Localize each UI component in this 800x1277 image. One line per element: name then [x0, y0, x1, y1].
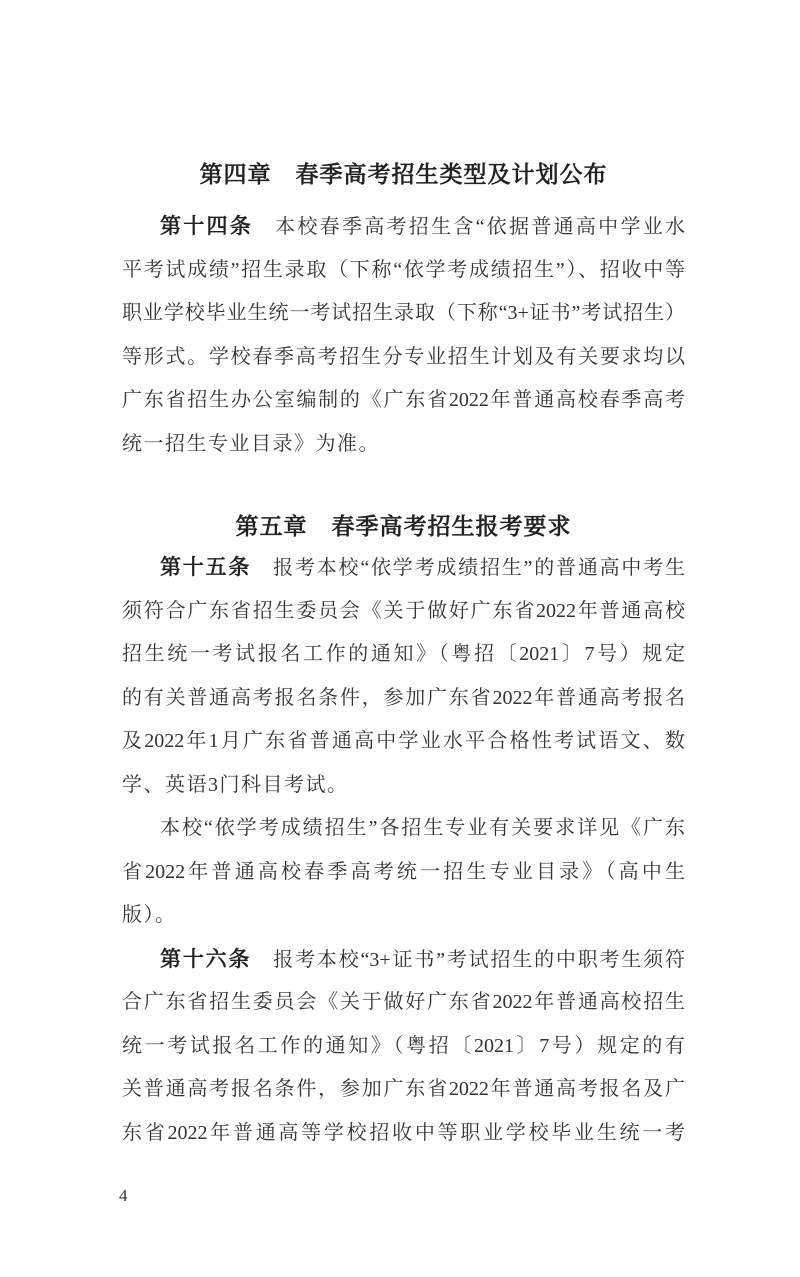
article-15-paragraph: 第十五条报考本校“依学考成绩招生”的普通高中考生 须符合广东省招生委员会《关于做…	[122, 546, 685, 807]
text-line: 统一考试报名工作的通知》（粤招〔2021〕7号）规定的有	[122, 1025, 685, 1069]
article-15-label: 第十五条	[160, 556, 251, 579]
text-run: 本校春季高考招生含“依据普通高中学业水	[275, 216, 685, 238]
page-content: 第四章 春季高考招生类型及计划公布 第十四条本校春季高考招生含“依据普通高中学业…	[122, 0, 685, 1155]
text-line: 关普通高考报名条件，参加广东省2022年普通高考报名及广	[122, 1068, 685, 1112]
text-line: 平考试成绩”招生录取（下称“依学考成绩招生”）、招收中等	[122, 249, 685, 293]
article-16-label: 第十六条	[160, 948, 251, 971]
text-line: 职业学校毕业生统一考试招生录取（下称“3+证书”考试招生）	[122, 292, 685, 336]
text-line: 统一招生专业目录》为准。	[122, 423, 685, 467]
text-line: 招生统一考试报名工作的通知》（粤招〔2021〕7号）规定	[122, 633, 685, 677]
text-line: 须符合广东省招生委员会《关于做好广东省2022年普通高校	[122, 590, 685, 634]
article-15-note-paragraph: 本校“依学考成绩招生”各招生专业有关要求详见《广东 省2022年普通高校春季高考…	[122, 807, 685, 938]
text-line: 第十四条本校春季高考招生含“依据普通高中学业水	[122, 205, 685, 249]
text-line: 广东省招生办公室编制的《广东省2022年普通高校春季高考	[122, 379, 685, 423]
article-14-label: 第十四条	[160, 215, 253, 238]
article-14-paragraph: 第十四条本校春季高考招生含“依据普通高中学业水 平考试成绩”招生录取（下称“依学…	[122, 205, 685, 466]
text-line: 等形式。学校春季高考招生分专业招生计划及有关要求均以	[122, 336, 685, 380]
text-line: 省2022年普通高校春季高考统一招生专业目录》（高中生	[122, 851, 685, 895]
text-line: 版）。	[122, 894, 685, 938]
page-number: 4	[119, 1186, 128, 1206]
text-run: 报考本校“3+证书”考试招生的中职考生须符	[273, 949, 685, 971]
text-line: 合广东省招生委员会《关于做好广东省2022年普通高校招生	[122, 981, 685, 1025]
document-page: 第四章 春季高考招生类型及计划公布 第十四条本校春季高考招生含“依据普通高中学业…	[0, 0, 800, 1277]
text-line: 东省2022年普通高等学校招收中等职业学校毕业生统一考	[122, 1112, 685, 1156]
text-line: 第十六条报考本校“3+证书”考试招生的中职考生须符	[122, 938, 685, 982]
chapter-4-heading: 第四章 春季高考招生类型及计划公布	[122, 157, 685, 191]
text-line: 本校“依学考成绩招生”各招生专业有关要求详见《广东	[122, 807, 685, 851]
chapter-5-heading: 第五章 春季高考招生报考要求	[122, 509, 685, 543]
article-16-paragraph: 第十六条报考本校“3+证书”考试招生的中职考生须符 合广东省招生委员会《关于做好…	[122, 938, 685, 1156]
text-line: 及2022年1月广东省普通高中学业水平合格性考试语文、数	[122, 720, 685, 764]
text-line: 学、英语3门科目考试。	[122, 764, 685, 808]
text-run: 报考本校“依学考成绩招生”的普通高中考生	[273, 557, 685, 579]
text-line: 的有关普通高考报名条件，参加广东省2022年普通高考报名	[122, 677, 685, 721]
text-line: 第十五条报考本校“依学考成绩招生”的普通高中考生	[122, 546, 685, 590]
